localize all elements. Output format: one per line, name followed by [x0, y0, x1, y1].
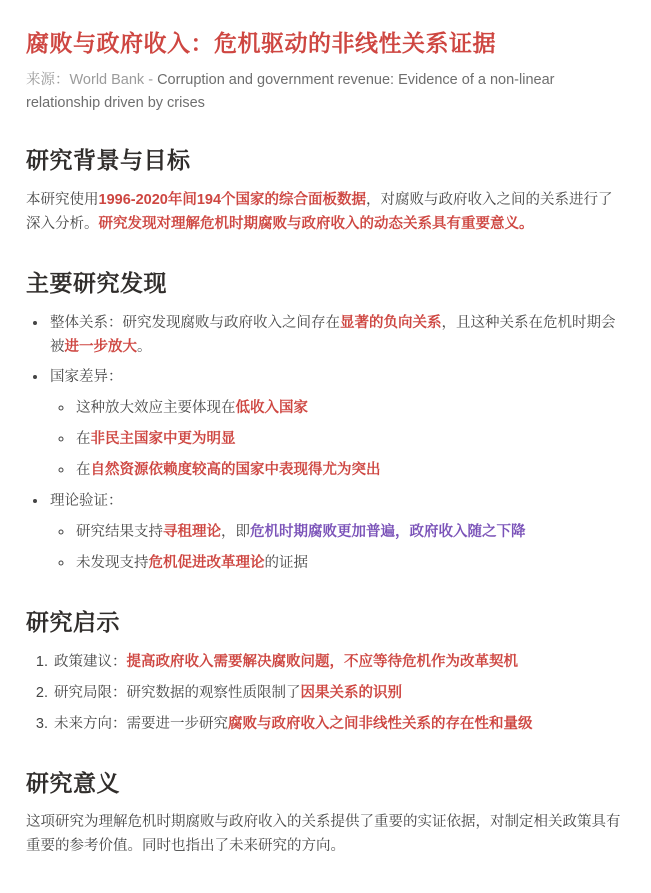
text-segment: 理论验证： [50, 493, 123, 509]
text-segment: 在 [76, 462, 91, 478]
text-segment: 这项研究为理解危机时期腐败与政府收入的关系提供了重要的实证依据，对制定相关政策具… [26, 814, 621, 854]
finding-overall: 整体关系：研究发现腐败与政府收入之间存在显著的负向关系，且这种关系在危机时期会被… [48, 312, 625, 360]
text-segment: 政策建议： [54, 654, 127, 670]
source-line: 来源：World Bank - Corruption and governmen… [26, 69, 625, 114]
text-segment: ，即 [221, 524, 250, 540]
text-segment: 来源： [26, 72, 70, 88]
country-sub-text: 在非民主国家中更为明显 [76, 431, 236, 447]
doc-title: 腐败与政府收入：危机驱动的非线性关系证据 [26, 28, 625, 59]
text-segment: 的证据 [265, 555, 309, 571]
theory-sub-item: 研究结果支持寻租理论，即危机时期腐败更加普遍，政府收入随之下降 [74, 521, 625, 545]
text-segment: 未来方向：需要进一步研究 [54, 716, 228, 732]
theory-sub-list: 研究结果支持寻租理论，即危机时期腐败更加普遍，政府收入随之下降 未发现支持危机促… [50, 521, 625, 576]
section-heading-background: 研究背景与目标 [26, 146, 625, 176]
text-segment: 。 [137, 339, 152, 355]
section-heading-significance: 研究意义 [26, 769, 625, 799]
section-heading-findings: 主要研究发现 [26, 269, 625, 299]
text-segment: 自然资源依赖度较高的国家中表现得尤为突出 [91, 462, 381, 478]
text-segment: 进一步放大 [65, 339, 138, 355]
text-segment: 本研究使用 [26, 192, 99, 208]
text-segment: 因果关系的识别 [301, 685, 403, 701]
text-segment: 危机促进改革理论 [149, 555, 265, 571]
text-segment: 研究局限：研究数据的观察性质限制了 [54, 685, 301, 701]
country-sub-text: 这种放大效应主要体现在低收入国家 [76, 400, 308, 416]
document-page: 腐败与政府收入：危机驱动的非线性关系证据 来源：World Bank - Cor… [0, 0, 651, 893]
text-segment: 研究发现对理解危机时期腐败与政府收入的动态关系具有重要意义。 [99, 216, 534, 232]
finding-theory-label: 理论验证： [50, 493, 123, 509]
text-segment: 未发现支持 [76, 555, 149, 571]
background-paragraph: 本研究使用1996-2020年间194个国家的综合面板数据，对腐败与政府收入之间… [26, 189, 625, 237]
country-sub-item: 在自然资源依赖度较高的国家中表现得尤为突出 [74, 459, 625, 483]
theory-sub-item: 未发现支持危机促进改革理论的证据 [74, 552, 625, 576]
text-segment: 寻租理论 [163, 524, 221, 540]
text-segment: 提高政府收入需要解决腐败问题，不应等待危机作为改革契机 [127, 654, 519, 670]
country-sub-list: 这种放大效应主要体现在低收入国家 在非民主国家中更为明显 在自然资源依赖度较高的… [50, 397, 625, 483]
implication-text: 研究局限：研究数据的观察性质限制了因果关系的识别 [54, 685, 402, 701]
text-segment: 危机时期腐败更加普遍，政府收入随之下降 [250, 524, 526, 540]
theory-sub-text: 研究结果支持寻租理论，即危机时期腐败更加普遍，政府收入随之下降 [76, 524, 526, 540]
implication-item: 未来方向：需要进一步研究腐败与政府收入之间非线性关系的存在性和量级 [52, 713, 625, 737]
text-segment: 这种放大效应主要体现在 [76, 400, 236, 416]
text-segment: 整体关系：研究发现腐败与政府收入之间存在 [50, 315, 340, 331]
significance-paragraph: 这项研究为理解危机时期腐败与政府收入的关系提供了重要的实证依据，对制定相关政策具… [26, 811, 625, 859]
text-segment: 腐败与政府收入之间非线性关系的存在性和量级 [228, 716, 533, 732]
country-sub-item: 在非民主国家中更为明显 [74, 428, 625, 452]
text-segment: 研究结果支持 [76, 524, 163, 540]
text-segment: 在 [76, 431, 91, 447]
finding-theory-validation: 理论验证： 研究结果支持寻租理论，即危机时期腐败更加普遍，政府收入随之下降 未发… [48, 490, 625, 576]
section-heading-implications: 研究启示 [26, 608, 625, 638]
finding-overall-text: 整体关系：研究发现腐败与政府收入之间存在显著的负向关系，且这种关系在危机时期会被… [50, 315, 616, 355]
implication-text: 未来方向：需要进一步研究腐败与政府收入之间非线性关系的存在性和量级 [54, 716, 533, 732]
theory-sub-text: 未发现支持危机促进改革理论的证据 [76, 555, 308, 571]
country-sub-text: 在自然资源依赖度较高的国家中表现得尤为突出 [76, 462, 381, 478]
country-sub-item: 这种放大效应主要体现在低收入国家 [74, 397, 625, 421]
implication-item: 研究局限：研究数据的观察性质限制了因果关系的识别 [52, 682, 625, 706]
implication-item: 政策建议：提高政府收入需要解决腐败问题，不应等待危机作为改革契机 [52, 651, 625, 675]
text-segment: World Bank - [70, 72, 158, 88]
text-segment: 非民主国家中更为明显 [91, 431, 236, 447]
implication-text: 政策建议：提高政府收入需要解决腐败问题，不应等待危机作为改革契机 [54, 654, 518, 670]
text-segment: 国家差异： [50, 369, 123, 385]
text-segment: 1996-2020年间194个国家的综合面板数据 [99, 192, 367, 208]
text-segment: 低收入国家 [236, 400, 309, 416]
findings-list: 整体关系：研究发现腐败与政府收入之间存在显著的负向关系，且这种关系在危机时期会被… [26, 312, 625, 576]
finding-country-differences: 国家差异： 这种放大效应主要体现在低收入国家 在非民主国家中更为明显 在自然资源… [48, 366, 625, 483]
finding-country-label: 国家差异： [50, 369, 123, 385]
implications-list: 政策建议：提高政府收入需要解决腐败问题，不应等待危机作为改革契机 研究局限：研究… [26, 651, 625, 737]
text-segment: 显著的负向关系 [340, 315, 442, 331]
